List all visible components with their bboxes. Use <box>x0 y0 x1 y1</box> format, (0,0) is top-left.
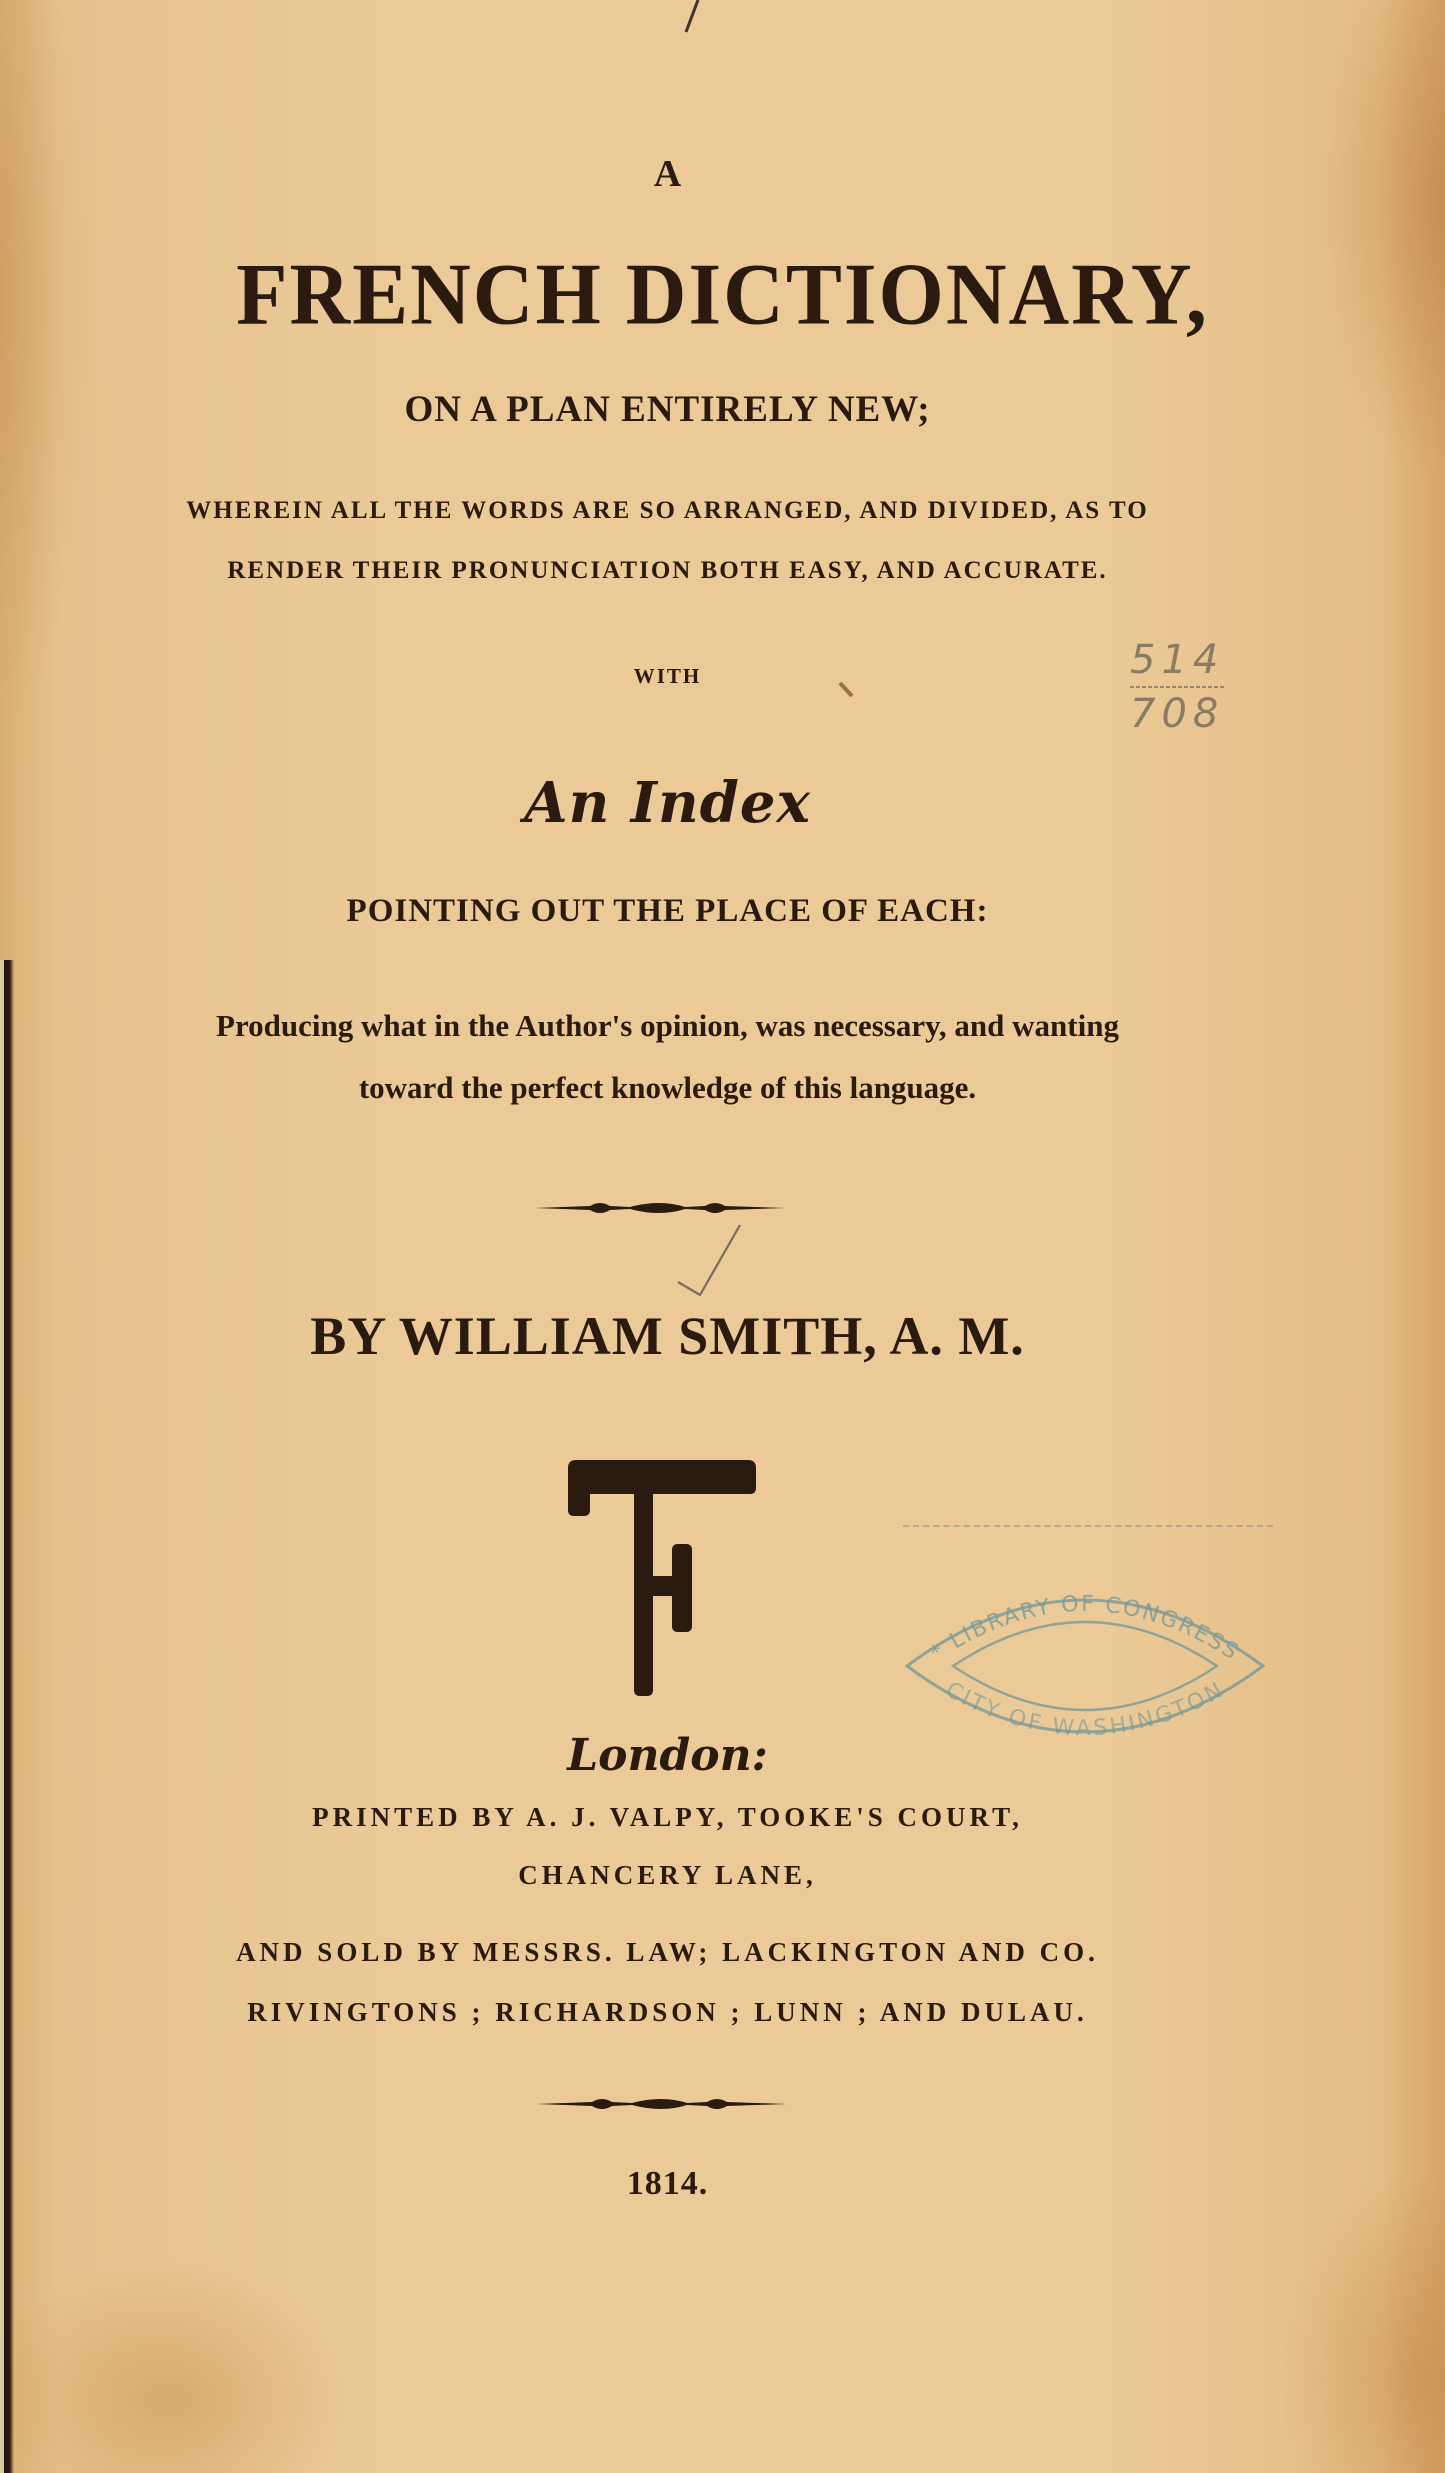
imprint-city: London: <box>0 1730 1335 1781</box>
pencil-shelfmark: 514 708 <box>1130 640 1224 734</box>
shelfmark-top: 514 <box>1130 640 1224 680</box>
purpose-line-2: toward the perfect knowledge of this lan… <box>0 1070 1335 1106</box>
imprint-address: CHANCERY LANE, <box>0 1860 1335 1891</box>
description-line-1: WHEREIN ALL THE WORDS ARE SO ARRANGED, A… <box>0 497 1335 525</box>
binding-edge-highlight <box>0 960 4 2473</box>
library-stamp-icon: * LIBRARY OF CONGRESS CITY OF WASHINGTON <box>905 1570 1265 1750</box>
printer-device-icon <box>568 1458 758 1698</box>
svg-text:* LIBRARY OF CONGRESS: * LIBRARY OF CONGRESS <box>926 1592 1244 1666</box>
imprint-sellers-line-2: RIVINGTONS ; RICHARDSON ; LUNN ; AND DUL… <box>0 1997 1335 2028</box>
pencil-stroke-top-icon <box>686 0 698 32</box>
description-line-2: RENDER THEIR PRONUNCIATION BOTH EASY, AN… <box>0 557 1335 585</box>
shelfmark-rule <box>1130 686 1224 688</box>
imprint-sellers-line-1: AND SOLD BY MESSRS. LAW; LACKINGTON AND … <box>0 1937 1335 1968</box>
stamp-text-top: * LIBRARY OF CONGRESS <box>926 1592 1244 1666</box>
title-article: A <box>0 152 1335 196</box>
author-line: BY WILLIAM SMITH, A. M. <box>0 1305 1335 1367</box>
index-subtitle: POINTING OUT THE PLACE OF EACH: <box>0 893 1335 930</box>
book-title: FRENCH DICTIONARY, <box>0 244 1445 346</box>
publication-year: 1814. <box>0 2165 1335 2203</box>
shelfmark-bottom: 708 <box>1130 694 1224 734</box>
title-page: A FRENCH DICTIONARY, ON A PLAN ENTIRELY … <box>0 0 1445 2473</box>
imprint-printer: PRINTED BY A. J. VALPY, TOOKE'S COURT, <box>0 1802 1335 1833</box>
pencil-checkmark-icon <box>678 1225 740 1295</box>
book-subtitle: ON A PLAN ENTIRELY NEW; <box>0 388 1335 431</box>
ornamental-rule-bottom-icon <box>537 2096 787 2112</box>
index-title: An Index <box>0 770 1335 836</box>
purpose-line-1: Producing what in the Author's opinion, … <box>0 1008 1335 1044</box>
ornamental-rule-icon <box>535 1200 785 1216</box>
